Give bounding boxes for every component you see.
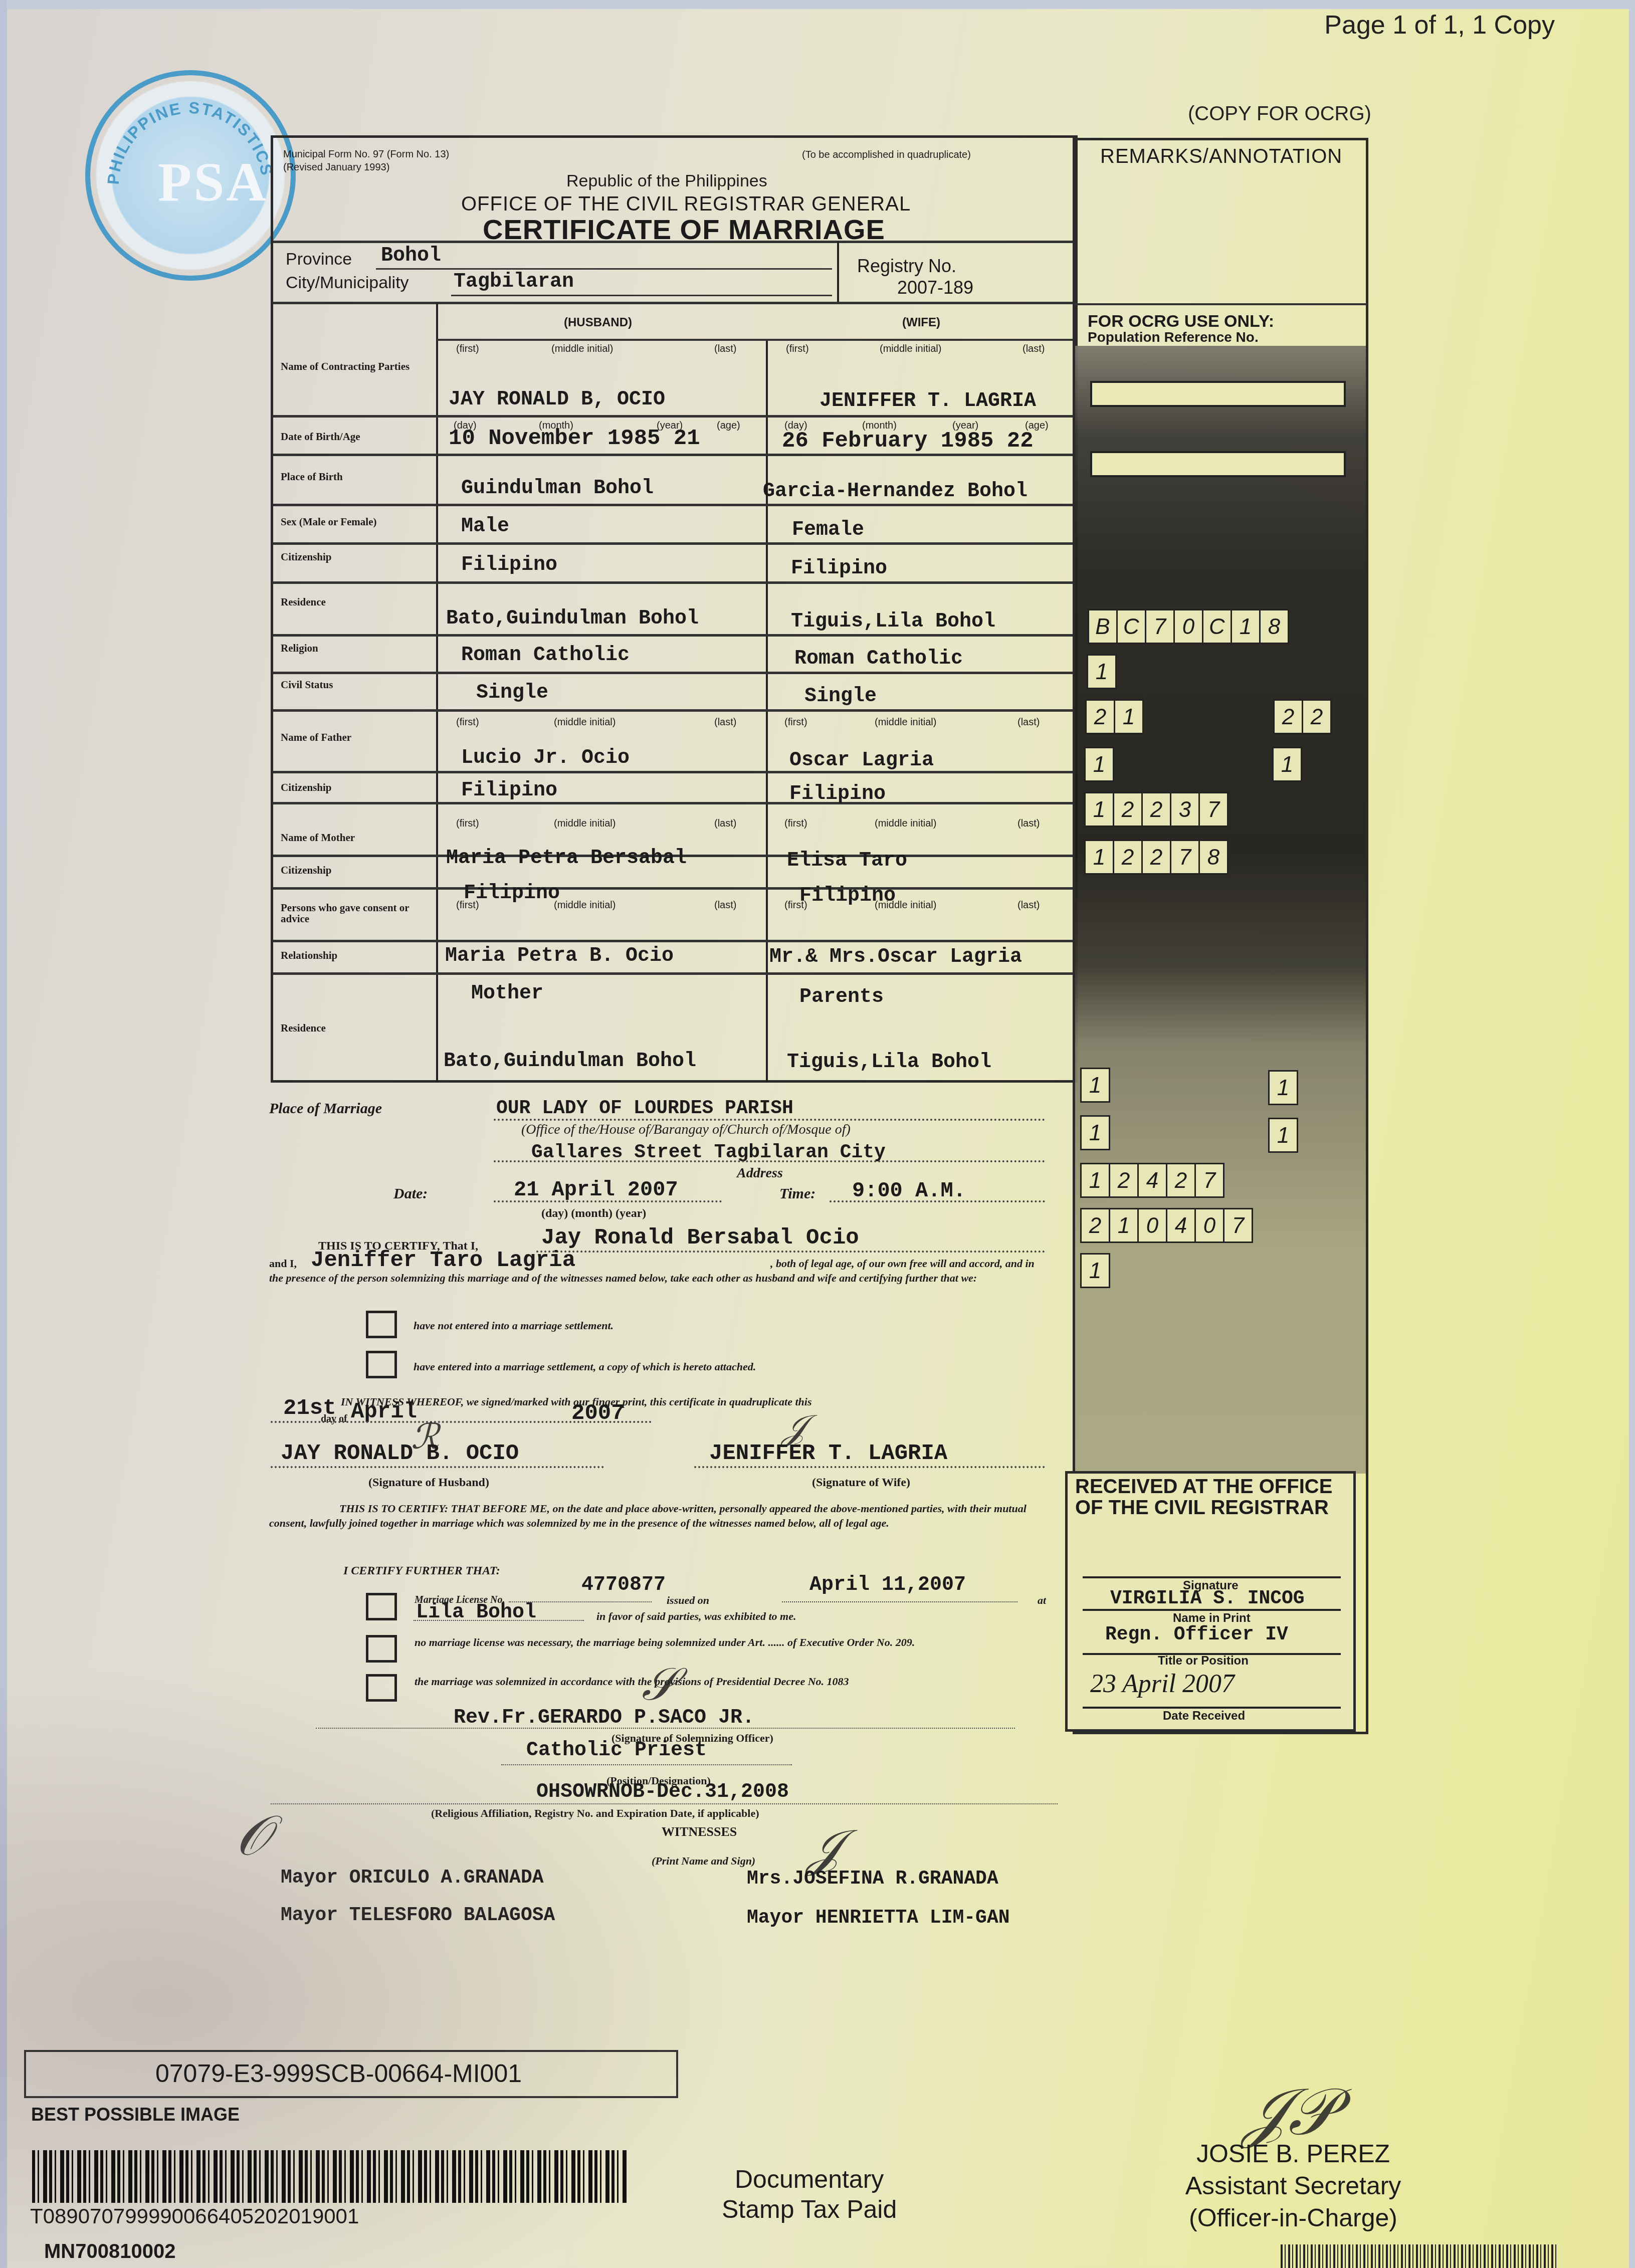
ocrg-title-text: FOR OCRG USE ONLY:: [1088, 313, 1274, 329]
province-label: Province: [286, 250, 352, 269]
husband-relationship: Mother: [471, 982, 543, 1005]
witness-4: Mayor HENRIETTA LIM-GAN: [747, 1907, 1010, 1929]
code-box-7: 12237: [1084, 792, 1227, 827]
code-box-15: 1: [1080, 1253, 1109, 1288]
wife-pop-ref-field: [1090, 451, 1346, 477]
digit: 4: [1137, 1163, 1167, 1198]
signatory-block: JOSIE B. PEREZ Assistant Secretary (Offi…: [1178, 2138, 1408, 2234]
divider: [273, 302, 1075, 304]
row-divider: [273, 940, 1073, 942]
husband-sig-name: JAY RONALD B. OCIO: [281, 1441, 519, 1466]
place-caption: (Office of the/House of/Barangay of/Chur…: [521, 1122, 851, 1138]
license-favor-text: in favor of said parties, was exhibited …: [596, 1609, 796, 1623]
city-label: City/Municipality: [286, 273, 409, 293]
documentary-stamp: Documentary Stamp Tax Paid: [722, 2164, 897, 2224]
address-caption: Address: [737, 1165, 783, 1181]
digit: 1: [1087, 654, 1117, 689]
sub-label: (first): [784, 717, 807, 728]
digit: 8: [1198, 840, 1229, 875]
husband-sig-caption: (Signature of Husband): [368, 1476, 489, 1490]
dotted-line: [501, 1764, 792, 1765]
husband-pob: Guindulman Bohol: [461, 477, 654, 500]
sub-label: (last): [1023, 343, 1045, 355]
wife-relationship: Parents: [799, 986, 884, 1008]
sub-label: (middle initial): [554, 900, 616, 911]
wife-pob: Garcia-Hernandez Bohol: [763, 480, 1028, 503]
digit: 3: [1170, 792, 1200, 827]
code-box-12: 1: [1268, 1118, 1297, 1153]
digit: 1: [1080, 1253, 1110, 1288]
digit: 1: [1080, 1115, 1110, 1150]
signatory-name: JOSIE B. PEREZ: [1178, 2138, 1408, 2170]
row-label-consent: Persons who gave consent or advice: [281, 902, 431, 924]
date-caption: Date Received: [1163, 1709, 1245, 1723]
row-label-mother-citizenship: Citizenship: [281, 865, 436, 876]
license-number: 4770877: [581, 1574, 666, 1596]
husband-father: Lucio Jr. Ocio: [461, 747, 630, 769]
wife-sex: Female: [792, 519, 864, 541]
day-of-label: day of: [321, 1413, 347, 1425]
wife-dob: 26 February 1985 22: [782, 429, 1034, 454]
divider: [837, 242, 839, 302]
signature-line: [316, 1728, 1015, 1729]
license-date: April 11,2007: [809, 1574, 966, 1596]
signatory-title: Assistant Secretary: [1178, 2170, 1408, 2202]
sub-label: (middle initial): [554, 717, 616, 728]
row-label-residence: Residence: [281, 596, 436, 607]
husband-dob: 10 November 1985 21: [449, 426, 700, 451]
wife-heading: (WIFE): [902, 316, 940, 330]
signature-line: [1083, 1576, 1341, 1578]
sub-label: (first): [456, 717, 479, 728]
dotted-line: [414, 1620, 584, 1621]
at-label: at: [1038, 1593, 1046, 1607]
sub-label: (age): [717, 420, 740, 432]
dotted-line: [782, 1601, 1017, 1602]
digit: C: [1202, 609, 1232, 644]
row-label-relationship: Relationship: [281, 950, 436, 961]
witness-3: Mayor TELESFORO BALAGOSA: [281, 1905, 555, 1926]
code-box-8: 12278: [1084, 840, 1227, 875]
code-box-10: 1: [1268, 1070, 1297, 1105]
husband-mother: Maria Petra Bersabal: [446, 847, 687, 870]
seal-monogram: PSA: [158, 150, 268, 214]
wife-father: Oscar Lagria: [789, 749, 934, 772]
row-divider: [273, 542, 1073, 545]
sub-label: (last): [1017, 900, 1040, 911]
digit: 8: [1259, 609, 1289, 644]
settlement-attached-checkbox[interactable]: [366, 1351, 397, 1378]
marriage-date: 21 April 2007: [514, 1178, 678, 1202]
signatory-role: (Officer-in-Charge): [1178, 2202, 1408, 2234]
wife-mother-citizenship: Filipino: [799, 885, 896, 907]
no-license-text: no marriage license was necessary, the m…: [415, 1635, 1049, 1650]
underline: [376, 268, 832, 270]
witnesses-caption: (Print Name and Sign): [652, 1854, 755, 1868]
code-box-1: BC70C18: [1088, 609, 1288, 644]
province-value: Bohol: [381, 245, 441, 267]
row-label-residence-2: Residence: [281, 1022, 436, 1034]
settlement-attached-label: have entered into a marriage settlement,…: [414, 1359, 756, 1374]
row-label-name: Name of Contracting Parties: [281, 361, 436, 372]
wife-name: JENIFFER T. LAGRIA: [820, 390, 1036, 413]
photo-edge-right: [1629, 0, 1635, 2268]
witness-signature-1: 𝒪: [236, 1804, 270, 1869]
solemnizing-officer: Rev.Fr.GERARDO P.SACO JR.: [454, 1707, 754, 1729]
affiliation-caption: (Religious Affiliation, Registry No. and…: [431, 1807, 759, 1820]
husband-residence-2: Bato,Guindulman Bohol: [444, 1050, 696, 1073]
row-label-father-citizenship: Citizenship: [281, 782, 436, 793]
digit: 1: [1084, 792, 1114, 827]
code-box-2: 1: [1087, 654, 1115, 689]
barcode-number: T08907079999006640520201900​1: [30, 2204, 359, 2228]
digit: 1: [1080, 1163, 1110, 1198]
pop-ref-label: Population Reference No.: [1088, 329, 1274, 345]
registry-label: Registry No.: [857, 256, 956, 277]
psa-seal-icon: PHILIPPINE STATISTICS AUTHORITY PSA: [85, 70, 296, 281]
husband-civil-status: Single: [476, 682, 548, 704]
digit: 2: [1302, 699, 1332, 734]
certify-further: I CERTIFY FURTHER THAT:: [343, 1564, 500, 1578]
husband-full-name: Jay Ronald Bersabal Ocio: [541, 1225, 859, 1251]
received-title: RECEIVED AT THE OFFICE OF THE CIVIL REGI…: [1075, 1476, 1346, 1518]
officer-signature: 𝒮: [642, 1659, 677, 1711]
wife-father-citizenship: Filipino: [789, 783, 886, 805]
divider: [436, 303, 438, 1082]
code-box-9: 1: [1080, 1068, 1109, 1103]
digit: C: [1116, 609, 1146, 644]
code-box-11: 1: [1080, 1115, 1109, 1150]
no-settlement-label: have not entered into a marriage settlem…: [414, 1318, 614, 1333]
digit: 1: [1268, 1118, 1298, 1153]
registrar-position: Regn. Officer IV: [1105, 1624, 1288, 1645]
officer-position: Catholic Priest: [526, 1739, 707, 1762]
page-count: Page 1 of 1, 1 Copy: [1324, 10, 1555, 40]
code-box-6: 1: [1272, 747, 1301, 782]
sub-label: (last): [1017, 717, 1040, 728]
digit: 1: [1114, 699, 1144, 734]
sub-label: (middle initial): [554, 818, 616, 830]
row-divider: [273, 709, 1073, 712]
name-line: [1083, 1609, 1341, 1611]
form-no-text: Municipal Form No. 97 (Form No. 13): [283, 148, 449, 161]
digit: 2: [1080, 1208, 1110, 1243]
digit: 0: [1173, 609, 1203, 644]
dotted-line: [494, 1160, 1045, 1162]
row-label-sex: Sex (Male or Female): [281, 516, 436, 527]
sub-label: (last): [714, 818, 736, 830]
witness-1: Mayor ORICULO A.GRANADA: [281, 1867, 544, 1889]
digit: 1: [1272, 747, 1302, 782]
row-divider: [273, 415, 1073, 418]
date-line: [1083, 1707, 1341, 1709]
dotted-line: [830, 1200, 1045, 1202]
mn-number: MN700810002: [44, 2240, 175, 2263]
digit: 2: [1109, 1163, 1139, 1198]
digit: B: [1088, 609, 1118, 644]
digit: 1: [1109, 1208, 1139, 1243]
digit: 1: [1084, 840, 1114, 875]
divider: [273, 241, 1075, 243]
photo-edge-left: [0, 0, 7, 2268]
city-value: Tagbilaran: [454, 271, 574, 293]
office-heading: OFFICE OF THE CIVIL REGISTRAR GENERAL: [461, 193, 911, 216]
sub-label: (last): [714, 343, 736, 355]
row-divider: [273, 581, 1073, 584]
digit: 7: [1145, 609, 1175, 644]
husband-citizenship: Filipino: [461, 554, 557, 576]
row-label-father: Name of Father: [281, 732, 436, 743]
signature-line: [694, 1466, 1045, 1468]
small-barcode-icon: [1281, 2244, 1556, 2268]
place-of-marriage-label: Place of Marriage: [269, 1100, 382, 1117]
marriage-time: 9:00 A.M.: [852, 1179, 966, 1203]
pd1083-text: the marriage was solemnized in accordanc…: [415, 1674, 1049, 1689]
dotted-line: [494, 1119, 1045, 1121]
digit: 7: [1198, 792, 1229, 827]
digit: 1: [1080, 1068, 1110, 1103]
sub-label: (middle initial): [880, 343, 941, 355]
wife-mother: Elisa Taro: [787, 850, 907, 872]
sub-label: (first): [456, 343, 479, 355]
religious-affiliation: OHSOWRNOB-Dec.31,2008: [536, 1781, 789, 1803]
divider: [1074, 303, 1367, 305]
digit: 2: [1166, 1163, 1196, 1198]
dotted-line: [536, 1251, 1045, 1253]
code-box-4: 22: [1273, 699, 1330, 734]
digit: 1: [1084, 747, 1114, 782]
dotted-line: [271, 1421, 652, 1423]
row-divider: [273, 771, 1073, 773]
sub-label: (middle initial): [875, 818, 936, 830]
row-label-civil-status: Civil Status: [281, 679, 436, 690]
dotted-line: [271, 1803, 1058, 1804]
no-settlement-checkbox[interactable]: [366, 1311, 397, 1338]
row-label-mother: Name of Mother: [281, 832, 436, 843]
husband-name: JAY RONALD B, OCIO: [449, 388, 665, 411]
digit: 2: [1141, 840, 1171, 875]
code-box-5: 1: [1084, 747, 1113, 782]
place-of-marriage: OUR LADY OF LOURDES PARISH: [496, 1098, 793, 1119]
row-label-dob: Date of Birth/Age: [281, 431, 436, 442]
digit: 2: [1085, 699, 1115, 734]
ocrg-title: FOR OCRG USE ONLY: Population Reference …: [1088, 313, 1274, 345]
legal-age-text: , both of legal age, of our own free wil…: [269, 1256, 1051, 1285]
digit: 0: [1194, 1208, 1224, 1243]
registrar-name: VIRGILIA S. INCOG: [1110, 1588, 1305, 1609]
underline: [451, 295, 832, 296]
row-divider: [273, 454, 1073, 456]
row-label-citizenship: Citizenship: [281, 551, 436, 562]
digit: 1: [1231, 609, 1261, 644]
pd1083-checkbox[interactable]: [366, 1674, 397, 1702]
photo-edge-top: [0, 0, 1635, 9]
divider: [437, 339, 1074, 341]
husband-sex: Male: [461, 515, 509, 538]
code-box-13: 12427: [1080, 1163, 1223, 1198]
digit: 7: [1170, 840, 1200, 875]
stamp-line-1: Documentary: [722, 2164, 897, 2194]
date-caption: (day) (month) (year): [541, 1207, 646, 1220]
position-caption: Title or Position: [1158, 1654, 1249, 1668]
row-divider: [273, 672, 1073, 674]
digit: 0: [1137, 1208, 1167, 1243]
row-divider: [273, 972, 1073, 975]
sub-label: (middle initial): [551, 343, 613, 355]
dotted-line: [494, 1200, 722, 1202]
witness-2: Mrs.JOSEFINA R.GRANADA: [747, 1868, 998, 1890]
name-caption: Name in Print: [1173, 1611, 1251, 1625]
digit: 2: [1273, 699, 1303, 734]
sub-label: (last): [714, 900, 736, 911]
digit: 2: [1113, 792, 1143, 827]
republic-heading: Republic of the Philippines: [566, 171, 767, 191]
serial-number: 07079-E3-999SCB-00664-MI001: [155, 2059, 522, 2088]
wife-consent-person: Mr.& Mrs.Oscar Lagria: [769, 946, 1022, 968]
row-divider: [273, 504, 1073, 506]
divider: [766, 341, 768, 1083]
husband-consent-person: Maria Petra B. Ocio: [445, 945, 674, 967]
code-box-3: 21: [1085, 699, 1142, 734]
husband-heading: (HUSBAND): [564, 316, 632, 330]
row-label-pob: Place of Birth: [281, 471, 436, 482]
sub-label: (first): [784, 818, 807, 830]
before-me-text: THIS IS TO CERTIFY: THAT BEFORE ME, on t…: [269, 1501, 1051, 1530]
husband-religion: Roman Catholic: [461, 644, 630, 667]
sub-label: (first): [786, 343, 809, 355]
husband-mother-citizenship: Filipino: [464, 882, 560, 905]
quadruplicate-note: (To be accomplished in quadruplicate): [802, 149, 971, 161]
remarks-title: REMARKS/ANNOTATION: [1100, 145, 1342, 168]
stamp-line-2: Stamp Tax Paid: [722, 2194, 897, 2224]
sub-label: (last): [714, 717, 736, 728]
wife-sig-caption: (Signature of Wife): [812, 1476, 910, 1490]
husband-residence: Bato,Guindulman Bohol: [446, 607, 699, 630]
digit: 4: [1166, 1208, 1196, 1243]
best-possible-image: BEST POSSIBLE IMAGE: [31, 2104, 240, 2125]
ocrg-shaded-area: [1075, 346, 1366, 1474]
date-label: Date:: [393, 1185, 428, 1202]
license-checkbox[interactable]: [366, 1593, 397, 1620]
sub-label: (first): [456, 818, 479, 830]
row-divider: [273, 634, 1073, 637]
wife-residence-2: Tiguis,Lila Bohol: [787, 1051, 991, 1074]
code-box-14: 210407: [1080, 1208, 1252, 1243]
date-received: 23 April 2007: [1090, 1669, 1235, 1699]
wife-civil-status: Single: [804, 685, 877, 708]
wife-citizenship: Filipino: [791, 557, 887, 580]
row-divider: [273, 887, 1073, 890]
wife-residence: Tiguis,Lila Bohol: [791, 610, 995, 633]
barcode-icon: [32, 2150, 629, 2203]
form-number: Municipal Form No. 97 (Form No. 13) (Rev…: [283, 148, 449, 174]
signature-line: [271, 1466, 604, 1468]
wife-religion: Roman Catholic: [794, 648, 963, 670]
no-license-checkbox[interactable]: [366, 1635, 397, 1663]
husband-pop-ref-field: [1090, 381, 1346, 407]
digit: 2: [1113, 840, 1143, 875]
digit: 1: [1268, 1070, 1298, 1105]
witnesses-title: WITNESSES: [662, 1824, 737, 1839]
digit: 7: [1194, 1163, 1224, 1198]
registry-number: 2007-189: [897, 277, 973, 298]
form-revised-text: (Revised January 1993): [283, 161, 449, 174]
issued-on-label: issued on: [667, 1593, 709, 1607]
time-label: Time:: [779, 1185, 815, 1202]
sub-label: (middle initial): [875, 717, 936, 728]
copy-for-ocrg: (COPY FOR OCRG): [1188, 103, 1371, 125]
digit: 7: [1223, 1208, 1253, 1243]
wife-sig-name: JENIFFER T. LAGRIA: [709, 1441, 947, 1466]
sub-label: (last): [1017, 818, 1040, 830]
row-label-religion: Religion: [281, 643, 436, 654]
husband-father-citizenship: Filipino: [461, 779, 557, 802]
digit: 2: [1141, 792, 1171, 827]
row-divider: [273, 802, 1073, 804]
